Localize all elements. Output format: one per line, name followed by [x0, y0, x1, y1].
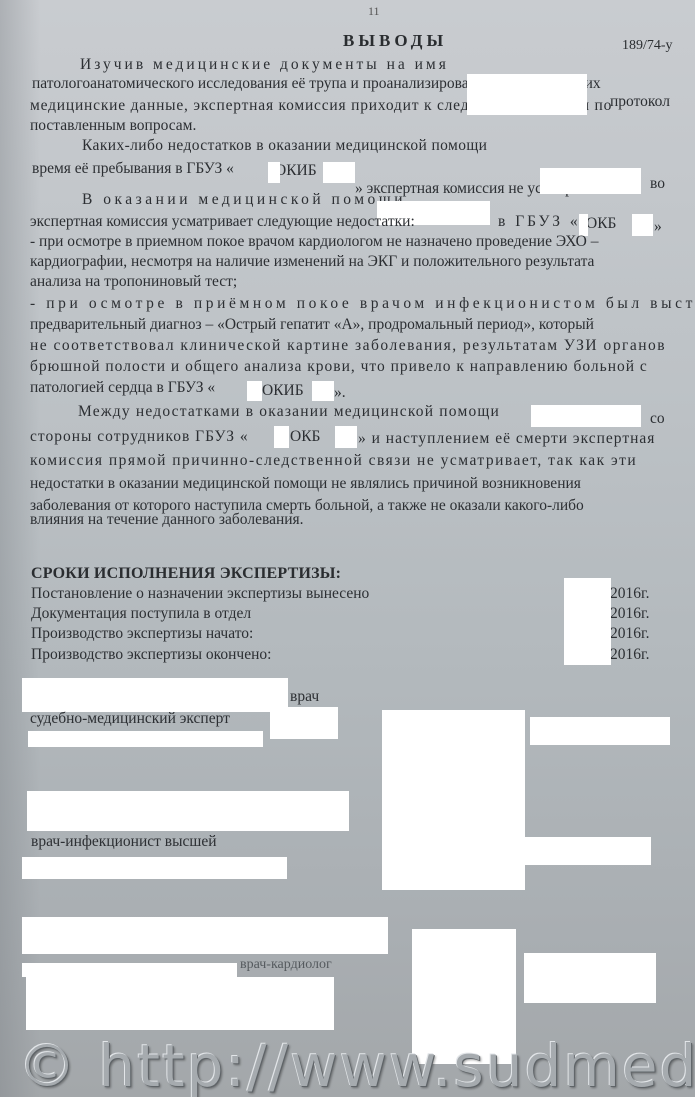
p1-protocol: протокол: [610, 93, 670, 111]
redaction: [270, 707, 338, 739]
redaction: [22, 857, 287, 879]
p3-line2: экспертная комиссия усматривает следующи…: [30, 213, 415, 231]
redaction: [22, 917, 388, 954]
terms-row-3-year: 2016г.: [610, 625, 649, 643]
terms-row-3-label: Производство экспертизы начато:: [31, 625, 253, 643]
signature-1-title-b: судебно-медицинский эксперт: [30, 710, 230, 728]
p3-gbuz: в ГБУЗ «: [498, 213, 581, 231]
p3-hospital-okb: ОКБ: [586, 215, 616, 233]
redaction: [524, 953, 656, 1003]
bullet2-end: ».: [334, 384, 346, 402]
bullet1-line3: анализа на тропониновый тест;: [30, 273, 237, 291]
redacted-dates: [564, 578, 611, 665]
p4-line1: Между недостатками в оказании медицинско…: [78, 403, 500, 421]
p4-so: со: [650, 410, 665, 428]
page-number: 11: [368, 4, 380, 19]
redaction: [632, 214, 653, 236]
signature-3-title: врач-кардиолог: [240, 956, 332, 974]
p4-hospital-okb: ОКБ: [290, 428, 320, 446]
p2-line1: Каких-либо недостатков в оказании медици…: [82, 137, 487, 155]
document-title: ВЫВОДЫ: [343, 31, 447, 51]
signature-2-title: врач-инфекционист высшей: [31, 833, 217, 851]
redacted-signature: [382, 710, 525, 890]
redaction: [323, 162, 355, 183]
terms-row-4-label: Производство экспертизы окончено:: [31, 646, 271, 664]
redaction: [530, 717, 670, 745]
terms-heading: СРОКИ ИСПОЛНЕНИЯ ЭКСПЕРТИЗЫ:: [31, 565, 341, 583]
terms-row-2-year: 2016г.: [610, 605, 649, 623]
p1-line1: Изучив медицинские документы на имя: [80, 56, 440, 74]
redaction: [27, 791, 349, 831]
terms-row-4-year: 2016г.: [610, 646, 649, 664]
bullet2-line2: предварительный диагноз – «Острый гепати…: [30, 316, 594, 334]
watermark: © http://www.sudmed.ru: [18, 1032, 695, 1097]
p4-line6: влияния на течение данного заболевания.: [30, 511, 304, 529]
redaction: [274, 426, 289, 448]
redaction: [22, 678, 288, 712]
redaction: [28, 731, 263, 747]
redaction: [531, 405, 641, 427]
redaction: [312, 381, 334, 401]
p3-line1: В оказании медицинской помощи: [82, 191, 406, 209]
terms-row-2-label: Документация поступила в отдел: [31, 605, 251, 623]
p2-line2-start: время её пребывания в ГБУЗ «: [32, 160, 234, 178]
bullet1-line2: кардиографии, несмотря на наличие измене…: [30, 253, 594, 271]
signature-1-title-a: врач: [290, 688, 319, 706]
bullet2-line5: патологией сердца в ГБУЗ «: [30, 379, 215, 397]
p4-line2-start: стороны сотрудников ГБУЗ «: [30, 428, 249, 446]
bullet2-hospital-okib: ОКИБ: [262, 382, 304, 400]
terms-row-1-label: Постановление о назначении экспертизы вы…: [31, 585, 369, 603]
p3-quote-close: »: [654, 218, 662, 236]
document-number: 189/74-у: [622, 38, 673, 54]
redaction: [268, 162, 280, 183]
p4-line2-end: » и наступлением её смерти экспертная: [358, 430, 655, 448]
document-page: 11 ВЫВОДЫ 189/74-у Изучив медицинские до…: [0, 0, 695, 1097]
bullet2-line1: - при осмотре в приёмном покое врачом ин…: [30, 295, 695, 313]
terms-row-1-year: 2016г.: [610, 585, 649, 603]
p1-line4: поставленным вопросам.: [30, 117, 196, 135]
redaction: [335, 426, 357, 448]
redaction: [26, 977, 334, 1030]
bullet2-line4: брюшной полости и общего анализа крови, …: [30, 358, 648, 376]
redaction: [523, 837, 651, 865]
redaction: [22, 963, 237, 977]
redacted-patient-name: [467, 74, 587, 115]
p2-hospital-okib: ОКИБ: [275, 162, 317, 180]
bullet2-line3: не соответствовал клинической картине за…: [30, 337, 666, 355]
redaction: [540, 168, 641, 194]
bullet1-line1: - при осмотре в приемном покое врачом ка…: [30, 233, 599, 251]
p4-line3: комиссия прямой причинно-следственной св…: [30, 452, 637, 470]
p4-line4: недостатки в оказании медицинской помощи…: [30, 475, 581, 493]
p2-vo: во: [650, 175, 665, 193]
redaction: [247, 381, 262, 401]
